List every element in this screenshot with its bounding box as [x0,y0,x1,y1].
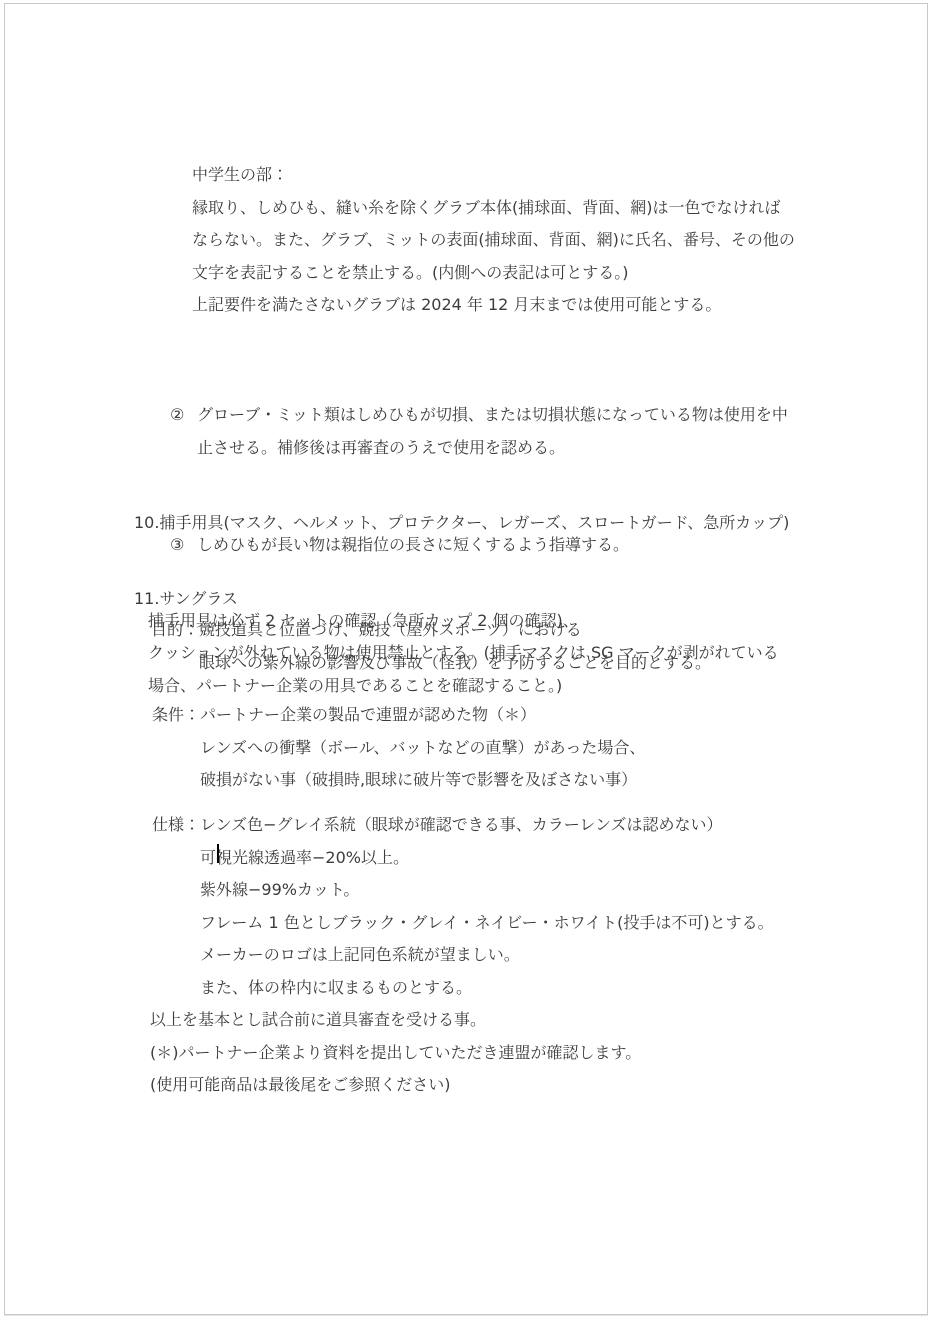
text-line: (＊)パートナー企業より資料を提出していただき連盟が確認します。 [150,1037,641,1070]
text-line: 眼球への紫外線の影響及び事故（怪我）を予防することを目的とする。 [199,647,711,680]
text-line: ならない。また、グラブ、ミットの表面(捕球面、背面、網)に氏名、番号、その他の [192,224,795,257]
sunglasses-purpose: 目的： 競技道具と位置づけ、競技（屋外スポーツ）における眼球への紫外線の影響及び… [151,614,711,679]
text-line: グローブ・ミット類はしめひもが切損、または切損状態になっている物は使用を中 [197,399,788,432]
text-line: レンズ色−グレイ系統（眼球が確認できる事、カラーレンズは認めない） [200,809,774,842]
section-sunglasses-heading: 11.サングラス [134,583,238,616]
text-line: 縁取り、しめひも、縫い糸を除くグラブ本体(捕球面、背面、網)は一色でなければ [192,192,795,225]
section-10-heading: 10.捕手用具(マスク、ヘルメット、プロテクター、レガーズ、スロートガード、急所… [134,507,789,540]
text-line: 上記要件を満たさないグラブは 2024 年 12 月末までは使用可能とする。 [192,289,795,322]
document-page[interactable]: 中学生の部：縁取り、しめひも、縫い糸を除くグラブ本体(捕球面、背面、網)は一色で… [4,3,928,1315]
sunglasses-spec: 仕様： レンズ色−グレイ系統（眼球が確認できる事、カラーレンズは認めない）可視光… [152,809,774,1004]
text-line: 紫外線−99%カット。 [200,874,774,907]
text-line: 競技道具と位置づけ、競技（屋外スポーツ）における [199,614,711,647]
text-line: メーカーのロゴは上記同色系統が望ましい。 [200,939,774,972]
text-line: パートナー企業の製品で連盟が認めた物（＊） [200,699,645,732]
text-line: レンズへの衝撃（ボール、バットなどの直撃）があった場合、 [200,732,645,765]
text-line: 文字を表記することを禁止する。(内側への表記は可とする。) [192,257,795,290]
text-line: (使用可能商品は最後尾をご参照ください) [150,1069,641,1102]
text-line: フレーム 1 色としブラック・グレイ・ネイビー・ホワイト(投手は不可)とする。 [200,907,774,940]
text-cursor [217,844,219,863]
condition-label: 条件： [152,699,200,797]
text-line: 可視光線透過率−20%以上。 [200,842,774,875]
spec-text: レンズ色−グレイ系統（眼球が確認できる事、カラーレンズは認めない）可視光線透過率… [200,809,774,1004]
text-line: 以上を基本とし試合前に道具審査を受ける事。 [150,1004,641,1037]
text-line: 破損がない事（破損時,眼球に破片等で影響を及ぼさない事） [200,764,645,797]
section-junior-high: 中学生の部：縁取り、しめひも、縫い糸を除くグラブ本体(捕球面、背面、網)は一色で… [192,159,795,322]
closing-notes: 以上を基本とし試合前に道具審査を受ける事。(＊)パートナー企業より資料を提出して… [150,1004,641,1102]
text-line: 中学生の部： [192,159,795,192]
sunglasses-condition: 条件： パートナー企業の製品で連盟が認めた物（＊）レンズへの衝撃（ボール、バット… [152,699,645,797]
condition-text: パートナー企業の製品で連盟が認めた物（＊）レンズへの衝撃（ボール、バットなどの直… [200,699,645,797]
text-line: また、体の枠内に収まるものとする。 [200,972,774,1005]
purpose-text: 競技道具と位置づけ、競技（屋外スポーツ）における眼球への紫外線の影響及び事故（怪… [199,614,711,679]
spec-label: 仕様： [152,809,200,1004]
purpose-label: 目的： [151,614,199,679]
